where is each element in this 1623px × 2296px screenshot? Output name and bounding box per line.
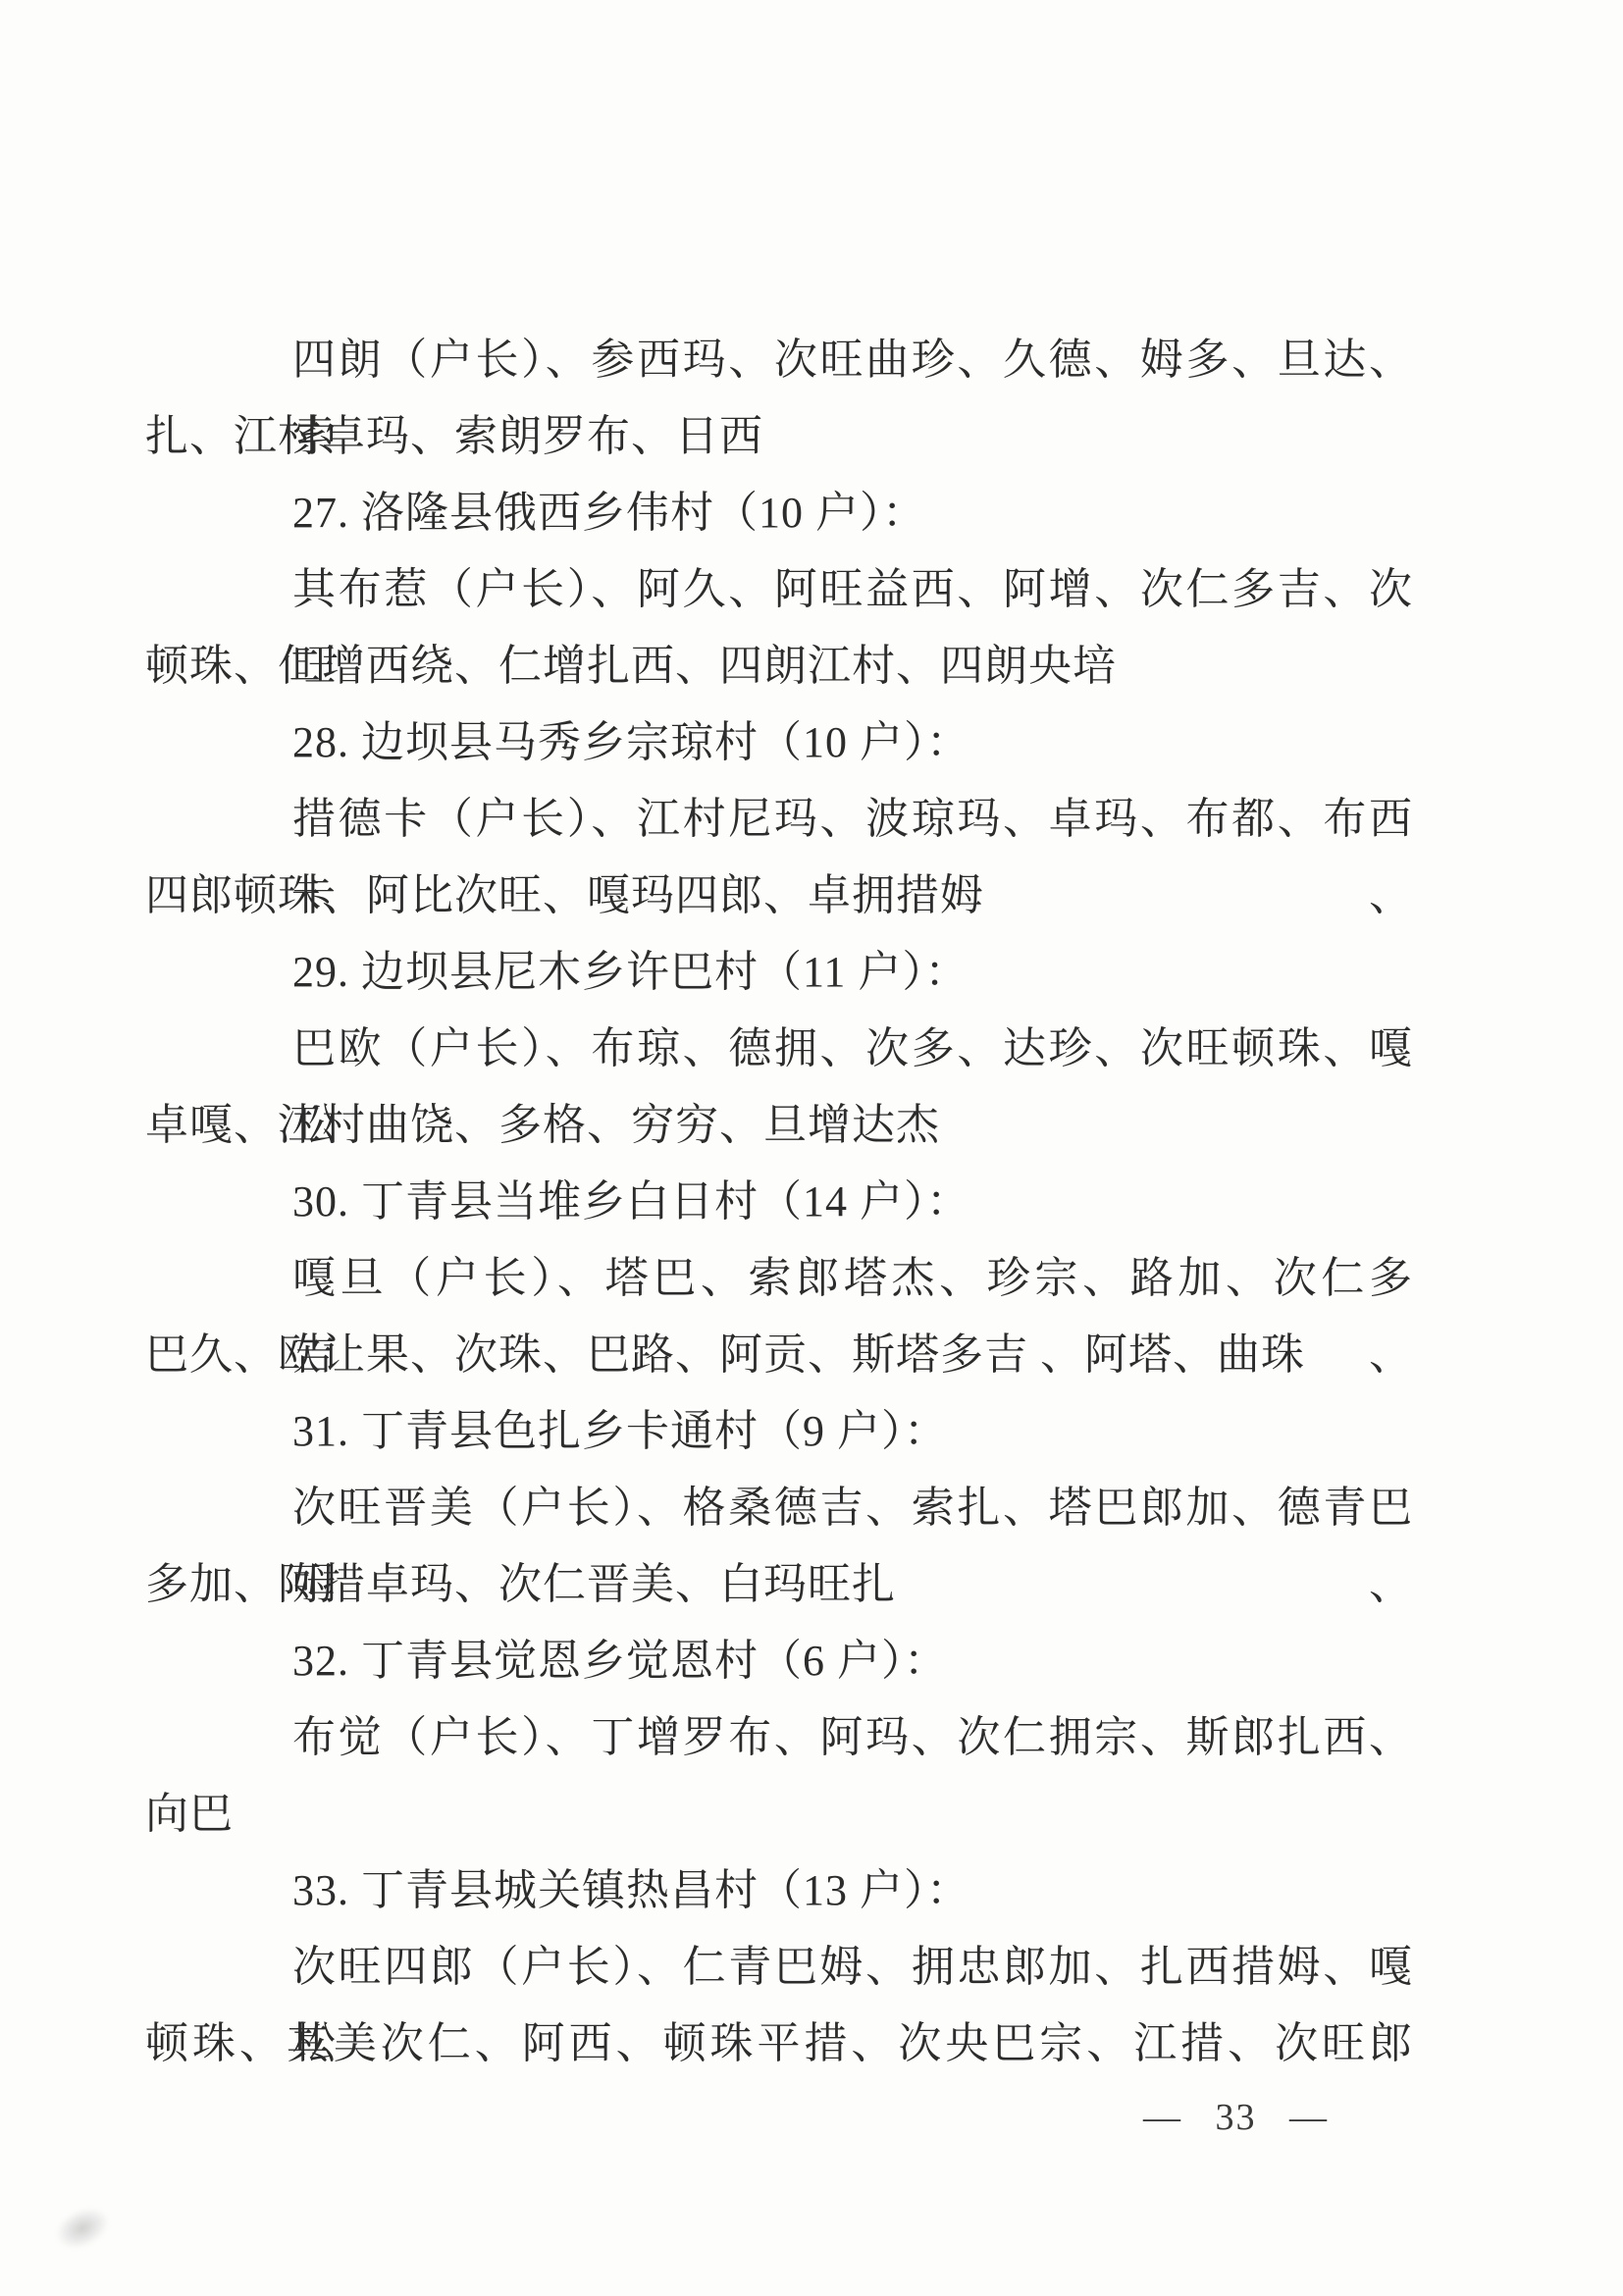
section-heading: 30. 丁青县当堆乡白日村（14 户）： <box>145 1164 1413 1240</box>
name-list-line: 嘎旦（户长）、塔巴、索郎塔杰、珍宗、路加、次仁多吉、 <box>145 1240 1413 1317</box>
section-heading: 27. 洛隆县俄西乡伟村（10 户）： <box>145 475 1413 551</box>
name-list-line: 扎、江村卓玛、索朗罗布、日西 <box>145 398 1413 475</box>
name-list-line: 次旺四郎（户长）、仁青巴姆、拥忠郎加、扎西措姆、嘎松 <box>145 1929 1413 2006</box>
name-list-line: 顿珠、其美次仁、阿西、顿珠平措、次央巴宗、江措、次旺郎 <box>145 2006 1413 2082</box>
name-list-line: 其布惹（户长）、阿久、阿旺益西、阿增、次仁多吉、次旺 <box>145 551 1413 628</box>
section-heading: 32. 丁青县觉恩乡觉恩村（6 户）： <box>145 1623 1413 1699</box>
section-heading: 29. 边坝县尼木乡许巴村（11 户）： <box>145 934 1413 1011</box>
page-footer: — 33 — <box>1143 2096 1329 2139</box>
document-body: 四朗（户长）、参西玛、次旺曲珍、久德、姆多、旦达、索扎、江村卓玛、索朗罗布、日西… <box>145 322 1413 2082</box>
name-list-line: 巴欧（户长）、布琼、德拥、次多、达珍、次旺顿珠、嘎松 <box>145 1011 1413 1087</box>
page-number: — 33 — <box>1143 2097 1329 2138</box>
name-list-line: 次旺晋美（户长）、格桑德吉、索扎、塔巴郎加、德青巴姆、 <box>145 1470 1413 1546</box>
name-list-line: 卓嘎、江村曲饶、多格、穷穷、旦增达杰 <box>145 1087 1413 1164</box>
name-list-line: 顿珠、仁增西绕、仁增扎西、四朗江村、四朗央培 <box>145 628 1413 704</box>
scan-smudge-artifact <box>49 2200 117 2258</box>
section-heading: 33. 丁青县城关镇热昌村（13 户）： <box>145 1852 1413 1929</box>
name-list-line: 巴久、欧让果、次珠、巴路、阿贡、斯塔多吉 、阿塔、曲珠 <box>145 1317 1413 1393</box>
name-list-line: 向巴 <box>145 1776 1413 1852</box>
section-heading: 28. 边坝县马秀乡宗琼村（10 户）： <box>145 704 1413 781</box>
section-heading: 31. 丁青县色扎乡卡通村（9 户）： <box>145 1393 1413 1470</box>
name-list-line: 布觉（户长）、丁增罗布、阿玛、次仁拥宗、斯郎扎西、 <box>145 1699 1413 1776</box>
document-page: 四朗（户长）、参西玛、次旺曲珍、久德、姆多、旦达、索扎、江村卓玛、索朗罗布、日西… <box>0 0 1623 2296</box>
name-list-line: 措德卡（户长）、江村尼玛、波琼玛、卓玛、布都、布西卡、 <box>145 781 1413 858</box>
name-list-line: 四朗（户长）、参西玛、次旺曲珍、久德、姆多、旦达、索 <box>145 322 1413 398</box>
